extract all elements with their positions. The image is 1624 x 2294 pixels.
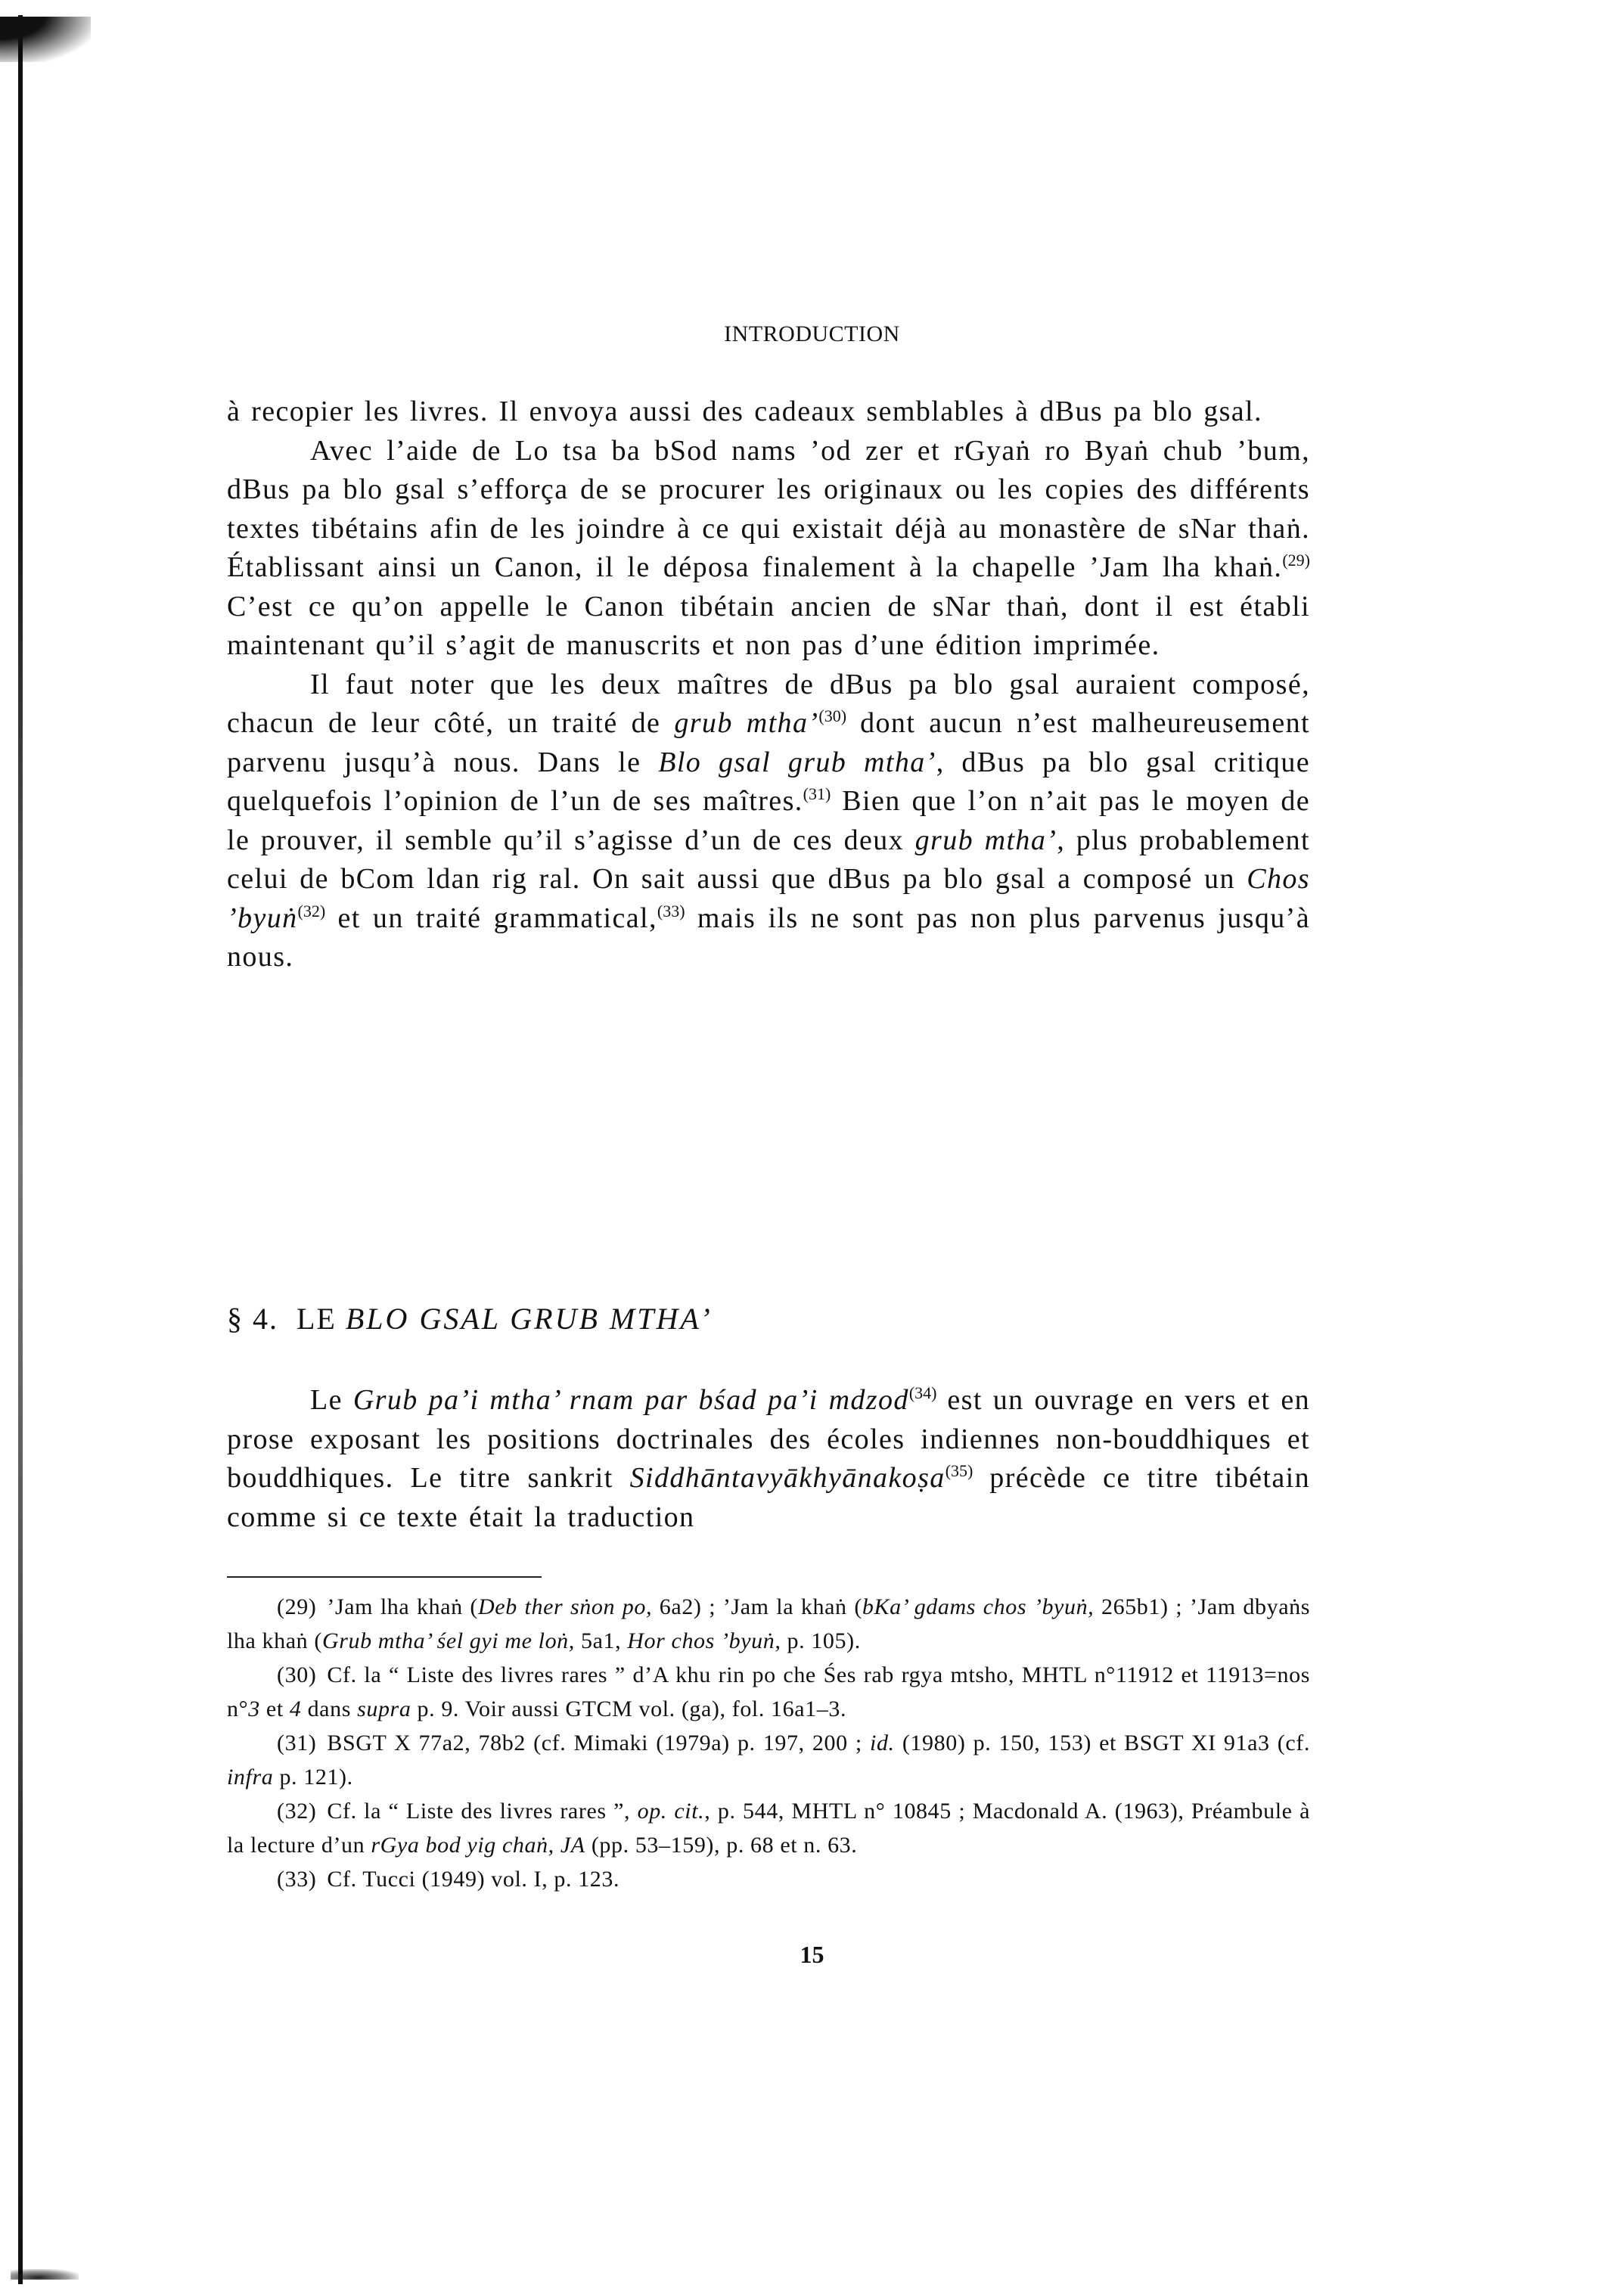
footnote-text: p. 9. Voir aussi GTCM vol. (ga), fol. 16… <box>411 1696 846 1721</box>
body-text-section: Le Grub pa’i mtha’ rnam par bśad pa’i md… <box>227 1381 1310 1537</box>
section-title-italic: BLO GSAL GRUB MTHA’ <box>346 1302 713 1336</box>
footnote-29: (29)’Jam lha khaṅ (Deb ther sṅon po, 6a2… <box>227 1590 1310 1658</box>
footnote-italic: Grub mtha’ śel gyi me loṅ, <box>322 1628 575 1653</box>
footnote-ref-33[interactable]: (33) <box>657 902 685 920</box>
footnote-italic: op. cit. <box>638 1799 705 1824</box>
footnote-text: 6a2) ; ’Jam la khaṅ ( <box>652 1594 862 1619</box>
italic-title: grub mtha’ <box>674 707 818 739</box>
section-number: § 4. <box>227 1302 278 1336</box>
scan-corner-artifact-top <box>0 17 91 62</box>
footnote-33: (33)Cf. Tucci (1949) vol. I, p. 123. <box>227 1862 1310 1896</box>
paragraph-3: Il faut noter que les deux maîtres de dB… <box>227 666 1310 977</box>
footnote-number: (31) <box>277 1731 316 1755</box>
footnote-italic: supra <box>357 1696 411 1721</box>
footnote-text: p. 121). <box>273 1765 352 1790</box>
footnote-text: p. 105). <box>781 1628 860 1653</box>
footnote-ref-35[interactable]: (35) <box>946 1461 973 1480</box>
footnote-ref-32[interactable]: (32) <box>298 902 326 920</box>
footnote-italic: Deb ther sṅon po, <box>478 1594 652 1619</box>
footnote-text: dans <box>301 1696 357 1721</box>
footnote-italic: rGya bod yig chaṅ, JA <box>371 1833 585 1858</box>
section-heading: § 4. LE BLO GSAL GRUB MTHA’ <box>227 1301 713 1336</box>
text-run: C’est ce qu’on appelle le Canon tibétain… <box>227 591 1310 662</box>
italic-title: Blo gsal grub mtha’ <box>658 747 936 778</box>
footnote-text: 5a1, <box>575 1628 627 1653</box>
running-head: INTRODUCTION <box>0 321 1624 347</box>
footnote-ref-30[interactable]: (30) <box>818 706 846 725</box>
footnotes: (29)’Jam lha khaṅ (Deb ther sṅon po, 6a2… <box>227 1590 1310 1896</box>
footnote-text: BSGT X 77a2, 78b2 (cf. Mimaki (1979a) p.… <box>327 1731 870 1755</box>
paragraph-section-1: Le Grub pa’i mtha’ rnam par bśad pa’i md… <box>227 1381 1310 1537</box>
footnote-italic: bKa’ gdams chos ’byuṅ, <box>862 1594 1094 1619</box>
paragraph-1: à recopier les livres. Il envoya aussi d… <box>227 393 1310 432</box>
footnote-text: (1980) p. 150, 153) et BSGT XI 91a3 (cf. <box>895 1731 1310 1755</box>
section-title-plain: LE <box>297 1302 346 1336</box>
scan-corner-artifact-bottom <box>11 2269 79 2280</box>
footnote-number: (29) <box>277 1594 316 1619</box>
text-run: Avec l’aide de Lo tsa ba bSod nams ’od z… <box>227 435 1310 584</box>
footnote-number: (33) <box>277 1867 316 1892</box>
footnote-italic: id. <box>870 1731 895 1755</box>
body-text-top: à recopier les livres. Il envoya aussi d… <box>227 393 1310 977</box>
footnote-ref-31[interactable]: (31) <box>803 784 831 803</box>
footnote-ref-34[interactable]: (34) <box>909 1383 937 1402</box>
footnote-italic: 4 <box>290 1696 302 1721</box>
footnote-ref-29[interactable]: (29) <box>1282 551 1310 570</box>
italic-title: Siddhāntavyākhyāna­koṣa <box>630 1462 946 1494</box>
footnote-italic: infra <box>227 1765 273 1790</box>
book-page: INTRODUCTION à recopier les livres. Il e… <box>0 0 1624 2294</box>
footnote-text: Cf. Tucci (1949) vol. I, p. 123. <box>327 1867 619 1892</box>
page-number: 15 <box>0 1941 1624 1969</box>
italic-title: grub mtha’ <box>915 824 1057 856</box>
italic-title: Grub pa’i mtha’ rnam par bśad pa’i mdzod <box>353 1384 909 1416</box>
footnote-30: (30)Cf. la “ Liste des livres rares ” d’… <box>227 1658 1310 1726</box>
footnote-text: Cf. la “ Liste des livres rares ”, <box>327 1799 637 1824</box>
footnote-text: ’Jam lha khaṅ ( <box>327 1594 478 1619</box>
footnote-32: (32)Cf. la “ Liste des livres rares ”, o… <box>227 1794 1310 1862</box>
footnote-text: (pp. 53–159), p. 68 et n. 63. <box>585 1833 858 1858</box>
footnote-number: (32) <box>277 1799 316 1824</box>
paragraph-2: Avec l’aide de Lo tsa ba bSod nams ’od z… <box>227 432 1310 666</box>
text-run: et un traité grammatical, <box>325 902 657 934</box>
footnote-italic: Hor chos ’byuṅ, <box>627 1628 781 1653</box>
footnote-italic: 3 <box>248 1696 260 1721</box>
footnote-divider <box>227 1576 542 1578</box>
footnote-text: et <box>260 1696 290 1721</box>
footnote-number: (30) <box>277 1662 316 1687</box>
text-run: Le <box>310 1384 353 1416</box>
footnote-31: (31)BSGT X 77a2, 78b2 (cf. Mimaki (1979a… <box>227 1726 1310 1794</box>
